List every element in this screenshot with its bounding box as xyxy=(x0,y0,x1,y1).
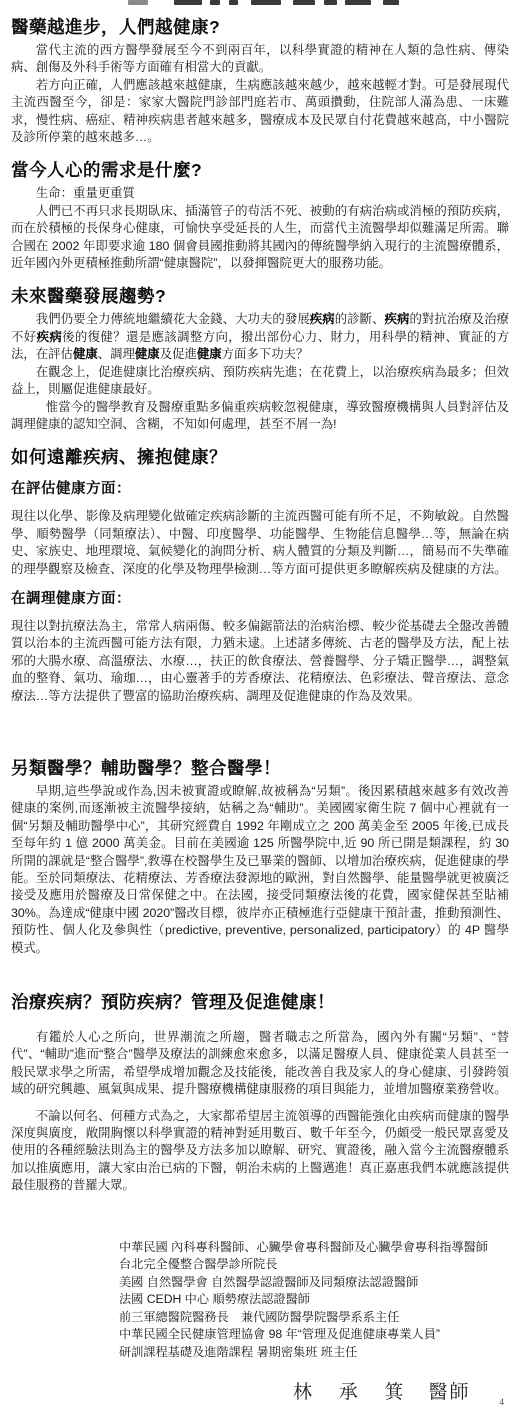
section-heading-needs-today: 當今人心的需求是什麼? xyxy=(11,159,509,181)
paragraph: 不論以何名、何種方式為之，大家都希望居主流領導的西醫能強化由疾病而健康的醫學深度… xyxy=(11,1108,509,1195)
paragraph: 人們已不再只求長期臥床、插滿管子的茍活不死、被動的有病治病或消極的預防疾病，而在… xyxy=(11,203,509,273)
paragraph: 現往以化學、影像及病理變化做確定疾病診斷的主流西醫可能有所不足，不夠敏銳。自然醫… xyxy=(11,508,509,578)
section-heading-future-trends: 未來醫藥發展趨勢? xyxy=(11,285,509,307)
signature-name: 林 承 箕 xyxy=(293,1377,415,1404)
subsection-heading-regulate-health: 在調理健康方面： xyxy=(11,590,509,609)
credential-line: 研訓課程基礎及進階課程 暑期密集班 班主任 xyxy=(119,1344,509,1362)
credential-line: 中華民國 內科專科醫師、心臟學會專科醫師及心臟學會專科指導醫師 xyxy=(119,1239,509,1257)
section-heading-manage-promote-health: 治療疾病？預防疾病？管理及促進健康！ xyxy=(11,991,509,1013)
paragraph: 若方向正確，人們應該越來越健康，生病應該越來越少，越來越輕才對。可是發展現代主流… xyxy=(11,77,509,147)
paragraph: 早期,這些學說或作為,因未被實證或瞭解,故被稱為“另類”。後因累積越來越多有效改… xyxy=(11,783,509,957)
paragraph: 我們仍要全力傳統地繼續花大金錢、大功夫的發展疾病的診斷、疾病的對抗治療及治療不好… xyxy=(11,311,509,363)
credential-line: 中華民國全民健康管理協會 98 年“管理及促進健康專業人員” xyxy=(119,1326,509,1344)
paragraph: 有鑑於人心之所向，世界潮流之所趨，醫者職志之所當為，國內外有關“另類”、“替代”… xyxy=(11,1029,509,1099)
cropped-title-fragments xyxy=(128,0,428,6)
credential-line: 美國 自然醫學會 自然醫學認證醫師及同類療法認證醫師 xyxy=(119,1274,509,1292)
signature: 林 承 箕 醫師 xyxy=(293,1377,509,1404)
credential-line: 法國 CEDH 中心 順勢療法認證醫師 xyxy=(119,1291,509,1309)
motto-line: 生命：重量更重質 xyxy=(11,185,509,202)
section-heading-away-from-disease: 如何遠離疾病、擁抱健康？ xyxy=(11,446,509,468)
credential-line: 前三軍總醫院醫務長 兼代國防醫學院醫學系系主任 xyxy=(119,1309,509,1327)
subsection-heading-assess-health: 在評估健康方面： xyxy=(11,480,509,499)
section-heading-alternative-medicine: 另類醫學？輔助醫學？整合醫學！ xyxy=(11,757,509,779)
author-credentials: 中華民國 內科專科醫師、心臟學會專科醫師及心臟學會專科指導醫師 台北完全優整合醫… xyxy=(119,1239,509,1362)
paragraph: 現往以對抗療法為主，常常人病兩傷、較多偏鋸箭法的治病治標、較少從基礎去全盤改善體… xyxy=(11,618,509,705)
paragraph: 在觀念上，促進健康比治療疾病、預防疾病先進；在花費上，以治療疾病為最多；但效益上… xyxy=(11,364,509,399)
document-page: 醫藥越進步，人們越健康? 當代主流的西方醫學發展至今不到兩百年，以科學實證的精神… xyxy=(0,0,520,1417)
section-heading-medicine-progress: 醫藥越進步，人們越健康? xyxy=(11,16,509,38)
document-content: 醫藥越進步，人們越健康? 當代主流的西方醫學發展至今不到兩百年，以科學實證的精神… xyxy=(0,0,520,1404)
paragraph: 惟當今的醫學教育及醫療重點多偏重疾病較忽視健康，導致醫療機構與人員對評估及調理健… xyxy=(11,399,509,434)
signature-title: 醫師 xyxy=(429,1377,471,1404)
paragraph: 當代主流的西方醫學發展至今不到兩百年，以科學實證的精神在人類的急性病、傳染病、創… xyxy=(11,42,509,77)
credential-line: 台北完全優整合醫學診所院長 xyxy=(119,1256,509,1274)
page-number: 4 xyxy=(500,1397,505,1407)
